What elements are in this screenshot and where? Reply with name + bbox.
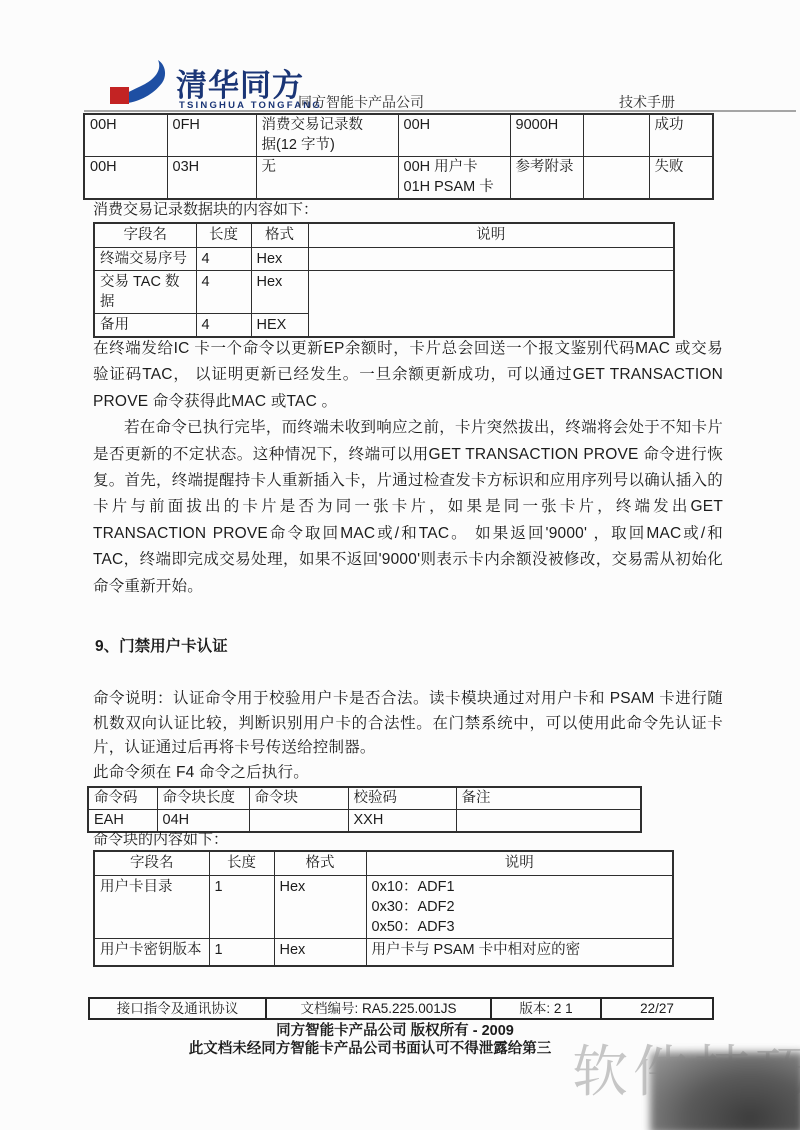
cell: Hex [274,939,366,967]
cell: 参考附录 [510,157,583,200]
column-header: 说明 [308,223,674,248]
footer-doc-number: 文档编号: RA5.225.001JS [266,998,491,1019]
empty-cell [583,114,649,157]
empty-cell [308,271,674,338]
cell: HEX [251,314,308,338]
cell: 00H [398,114,510,157]
paragraph: 若在命令已执行完毕，而终端未收到响应之前，卡片突然拔出，终端将会处于不知卡片是否… [93,415,723,600]
column-header: 命令码 [88,787,157,810]
section9-text-block: 命令说明：认证命令用于校验用户卡是否合法。读卡模块通过对用户卡和 PSAM 卡进… [93,687,723,785]
command-block-table: 字段名 长度 格式 说明 用户卡目录 1 Hex 0x10：ADF1 0x30：… [93,850,674,967]
empty-cell [249,810,348,833]
column-header: 命令块长度 [157,787,249,810]
logo-title: 清华同方 [176,60,304,105]
cell: 00H [84,157,167,200]
empty-cell [456,810,641,833]
header-company: 同方智能卡产品公司 [298,92,424,112]
paragraph: 在终端发给IC 卡一个命令以更新EP余额时，卡片总会回送一个报文鉴别代码MAC … [93,336,723,415]
table-row: 00H 03H 无 00H 用户卡 01H PSAM 卡 参考附录 失败 [84,157,713,200]
cell: 成功 [649,114,713,157]
command-block-caption: 命令块的内容如下： [93,828,228,849]
record-table-caption: 消费交易记录数据块的内容如下： [93,198,318,219]
logo-red-square-icon [110,87,129,104]
column-header: 字段名 [94,851,209,876]
cell: 9000H [510,114,583,157]
table-row: 用户卡密钥版本 1 Hex 用户卡与 PSAM 卡中相对应的密 [94,939,673,967]
column-header: 格式 [251,223,308,248]
cell: 0FH [167,114,256,157]
cell: 00H [84,114,167,157]
command-table: 命令码 命令块长度 命令块 校验码 备注 EAH 04H XXH [87,786,642,833]
column-header: 格式 [274,851,366,876]
cell: 交易 TAC 数据 [94,271,196,314]
footer-version: 版本: 2 1 [491,998,601,1019]
cell: 失败 [649,157,713,200]
cell: 0x10：ADF1 0x30：ADF2 0x50：ADF3 [366,876,673,939]
cell: 4 [196,314,251,338]
blurred-redaction-box [650,1052,800,1130]
cell: 备用 [94,314,196,338]
footer-page-number: 22/27 [601,998,713,1019]
footer-doc-section: 接口指令及通讯协议 [89,998,266,1019]
cell: 用户卡与 PSAM 卡中相对应的密 [366,939,673,967]
table-row: 00H 0FH 消费交易记录数 据(12 字节) 00H 9000H 成功 [84,114,713,157]
table-row: 交易 TAC 数据 4 Hex [94,271,674,314]
column-header: 字段名 [94,223,196,248]
cell: Hex [251,271,308,314]
cell: Hex [274,876,366,939]
record-block-table: 字段名 长度 格式 说明 终端交易序号 4 Hex 交易 TAC 数据 4 He… [93,222,675,338]
cell: 4 [196,248,251,271]
table-row: 用户卡目录 1 Hex 0x10：ADF1 0x30：ADF2 0x50：ADF… [94,876,673,939]
table-row: 接口指令及通讯协议 文档编号: RA5.225.001JS 版本: 2 1 22… [89,998,713,1019]
cell: 用户卡目录 [94,876,209,939]
paragraph: 命令说明：认证命令用于校验用户卡是否合法。读卡模块通过对用户卡和 PSAM 卡进… [93,687,723,761]
cell: XXH [348,810,456,833]
table-row: 终端交易序号 4 Hex [94,248,674,271]
column-header: 命令块 [249,787,348,810]
column-header: 长度 [209,851,274,876]
table-header-row: 字段名 长度 格式 说明 [94,223,674,248]
section-heading: 9、门禁用户卡认证 [95,634,228,656]
cell: 1 [209,939,274,967]
column-header: 校验码 [348,787,456,810]
body-text-block: 在终端发给IC 卡一个命令以更新EP余额时，卡片总会回送一个报文鉴别代码MAC … [93,336,723,600]
footer-info-table: 接口指令及通讯协议 文档编号: RA5.225.001JS 版本: 2 1 22… [88,997,714,1020]
empty-cell [308,248,674,271]
cell: 无 [256,157,398,200]
header-doc-type: 技术手册 [619,92,675,112]
empty-cell [583,157,649,200]
document-page: 清华同方 TSINGHUA TONGFANG 同方智能卡产品公司 技术手册 00… [0,0,800,1130]
cell: 消费交易记录数 据(12 字节) [256,114,398,157]
paragraph: 此命令须在 F4 命令之后执行。 [93,761,723,786]
cell: 00H 用户卡 01H PSAM 卡 [398,157,510,200]
cell: 1 [209,876,274,939]
column-header: 说明 [366,851,673,876]
cell: 03H [167,157,256,200]
table-header-row: 命令码 命令块长度 命令块 校验码 备注 [88,787,641,810]
cell: 用户卡密钥版本 [94,939,209,967]
column-header: 备注 [456,787,641,810]
column-header: 长度 [196,223,251,248]
response-status-table: 00H 0FH 消费交易记录数 据(12 字节) 00H 9000H 成功 00… [83,113,714,200]
header-rule [84,110,796,112]
table-header-row: 字段名 长度 格式 说明 [94,851,673,876]
confidential-line: 此文档未经同方智能卡产品公司书面认可不得泄露给第三 [0,1037,740,1058]
cell: Hex [251,248,308,271]
cell: 终端交易序号 [94,248,196,271]
cell: 4 [196,271,251,314]
